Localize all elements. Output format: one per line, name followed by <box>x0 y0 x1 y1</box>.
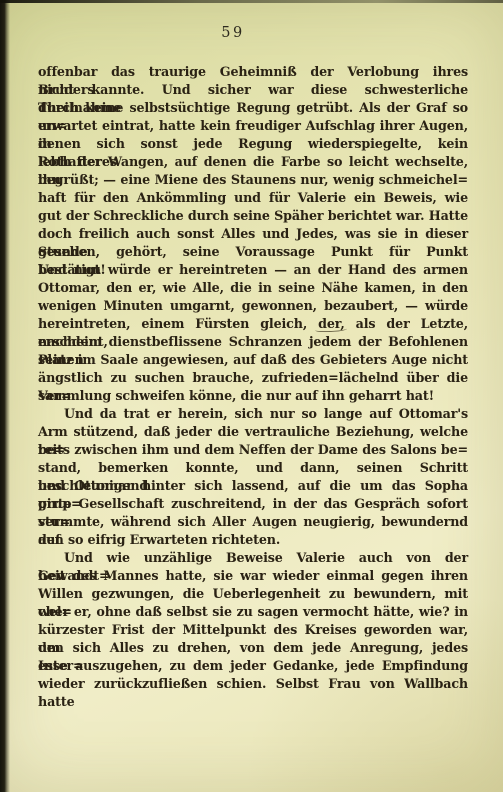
text-line: reits zwischen ihm und dem Neffen der Da… <box>38 441 468 459</box>
text-line: Und da trat er herein, sich nur so lange… <box>38 405 468 423</box>
text-line: nachdem dienstbeflissene Schranzen jedem… <box>38 333 468 351</box>
text-line: und Ottomar hinter sich lassend, auf die… <box>38 477 468 495</box>
text-line: gut der Schreckliche durch seine Späher … <box>38 207 468 225</box>
text-line: hereintreten, einem Fürsten gleich, der,… <box>38 315 468 333</box>
text-line: pirte Gesellschaft zuschreitend, in der … <box>38 495 468 513</box>
text-block: offenbar das traurige Geheimniß der Verl… <box>38 63 468 693</box>
text-line: durch keine selbstsüchtige Regung getrüb… <box>38 99 468 117</box>
text-line: Platz im Saale angewiesen, auf daß des G… <box>38 351 468 369</box>
text-line: stand, bemerken konnte, und dann, seinen… <box>38 459 468 477</box>
text-line: haft für den Ankömmling und für Valerie … <box>38 189 468 207</box>
text-line: cher er, ohne daß selbst sie zu sagen ve… <box>38 603 468 621</box>
text-line: doch freilich auch sonst Alles und Jedes… <box>38 225 468 243</box>
text-line: Und nun würde er hereintreten — an der H… <box>38 261 468 279</box>
text-line: wieder zurückzufließen schien. Selbst Fr… <box>38 675 468 693</box>
text-line: wenigen Minuten umgarnt, gewonnen, bezau… <box>38 297 468 315</box>
text-line: gesehen, gehört, seine Voraussage Punkt … <box>38 243 468 261</box>
text-line: kürzester Frist der Mittelpunkt des Krei… <box>38 621 468 639</box>
text-line: Und wie unzählige Beweise Valerie auch v… <box>38 549 468 567</box>
page-number: 59 <box>0 25 466 41</box>
text-line: ängstlich zu suchen brauche, zufrieden=l… <box>38 369 468 387</box>
handwritten-underline-mark: der, <box>318 316 345 331</box>
text-line: denen sich sonst jede Regung wiederspieg… <box>38 135 468 153</box>
text-line: heit des Mannes hatte, sie war wieder ei… <box>38 567 468 585</box>
text-line: erwartet eintrat, hatte kein freudiger A… <box>38 117 468 135</box>
text-line: Ottomar, den er, wie Alle, die in seine … <box>38 279 468 297</box>
text-line: Arm stützend, daß jeder die vertrauliche… <box>38 423 468 441</box>
scanned-book-page: 59 offenbar das traurige Geheimniß der V… <box>0 0 503 792</box>
scan-edge-left <box>0 0 10 792</box>
text-line: nicht kannte. Und sicher war diese schwe… <box>38 81 468 99</box>
scan-edge-top <box>0 0 503 3</box>
text-line: offenbar das traurige Geheimniß der Verl… <box>38 63 468 81</box>
text-line: stummte, während sich Aller Augen neugie… <box>38 513 468 531</box>
text-line: den so eifrig Erwarteten richteten. <box>38 531 468 549</box>
text-line: Willen gezwungen, die Ueberlegenheit zu … <box>38 585 468 603</box>
text-line: den sich Alles zu drehen, von dem jede A… <box>38 639 468 657</box>
text-line: sammlung schweifen könne, die nur auf ih… <box>38 387 468 405</box>
text-line: esse auszugehen, zu dem jeder Gedanke, j… <box>38 657 468 675</box>
text-line: begrüßt; — eine Miene des Staunens nur, … <box>38 171 468 189</box>
text-line: Roth der Wangen, auf denen die Farbe so … <box>38 153 468 171</box>
